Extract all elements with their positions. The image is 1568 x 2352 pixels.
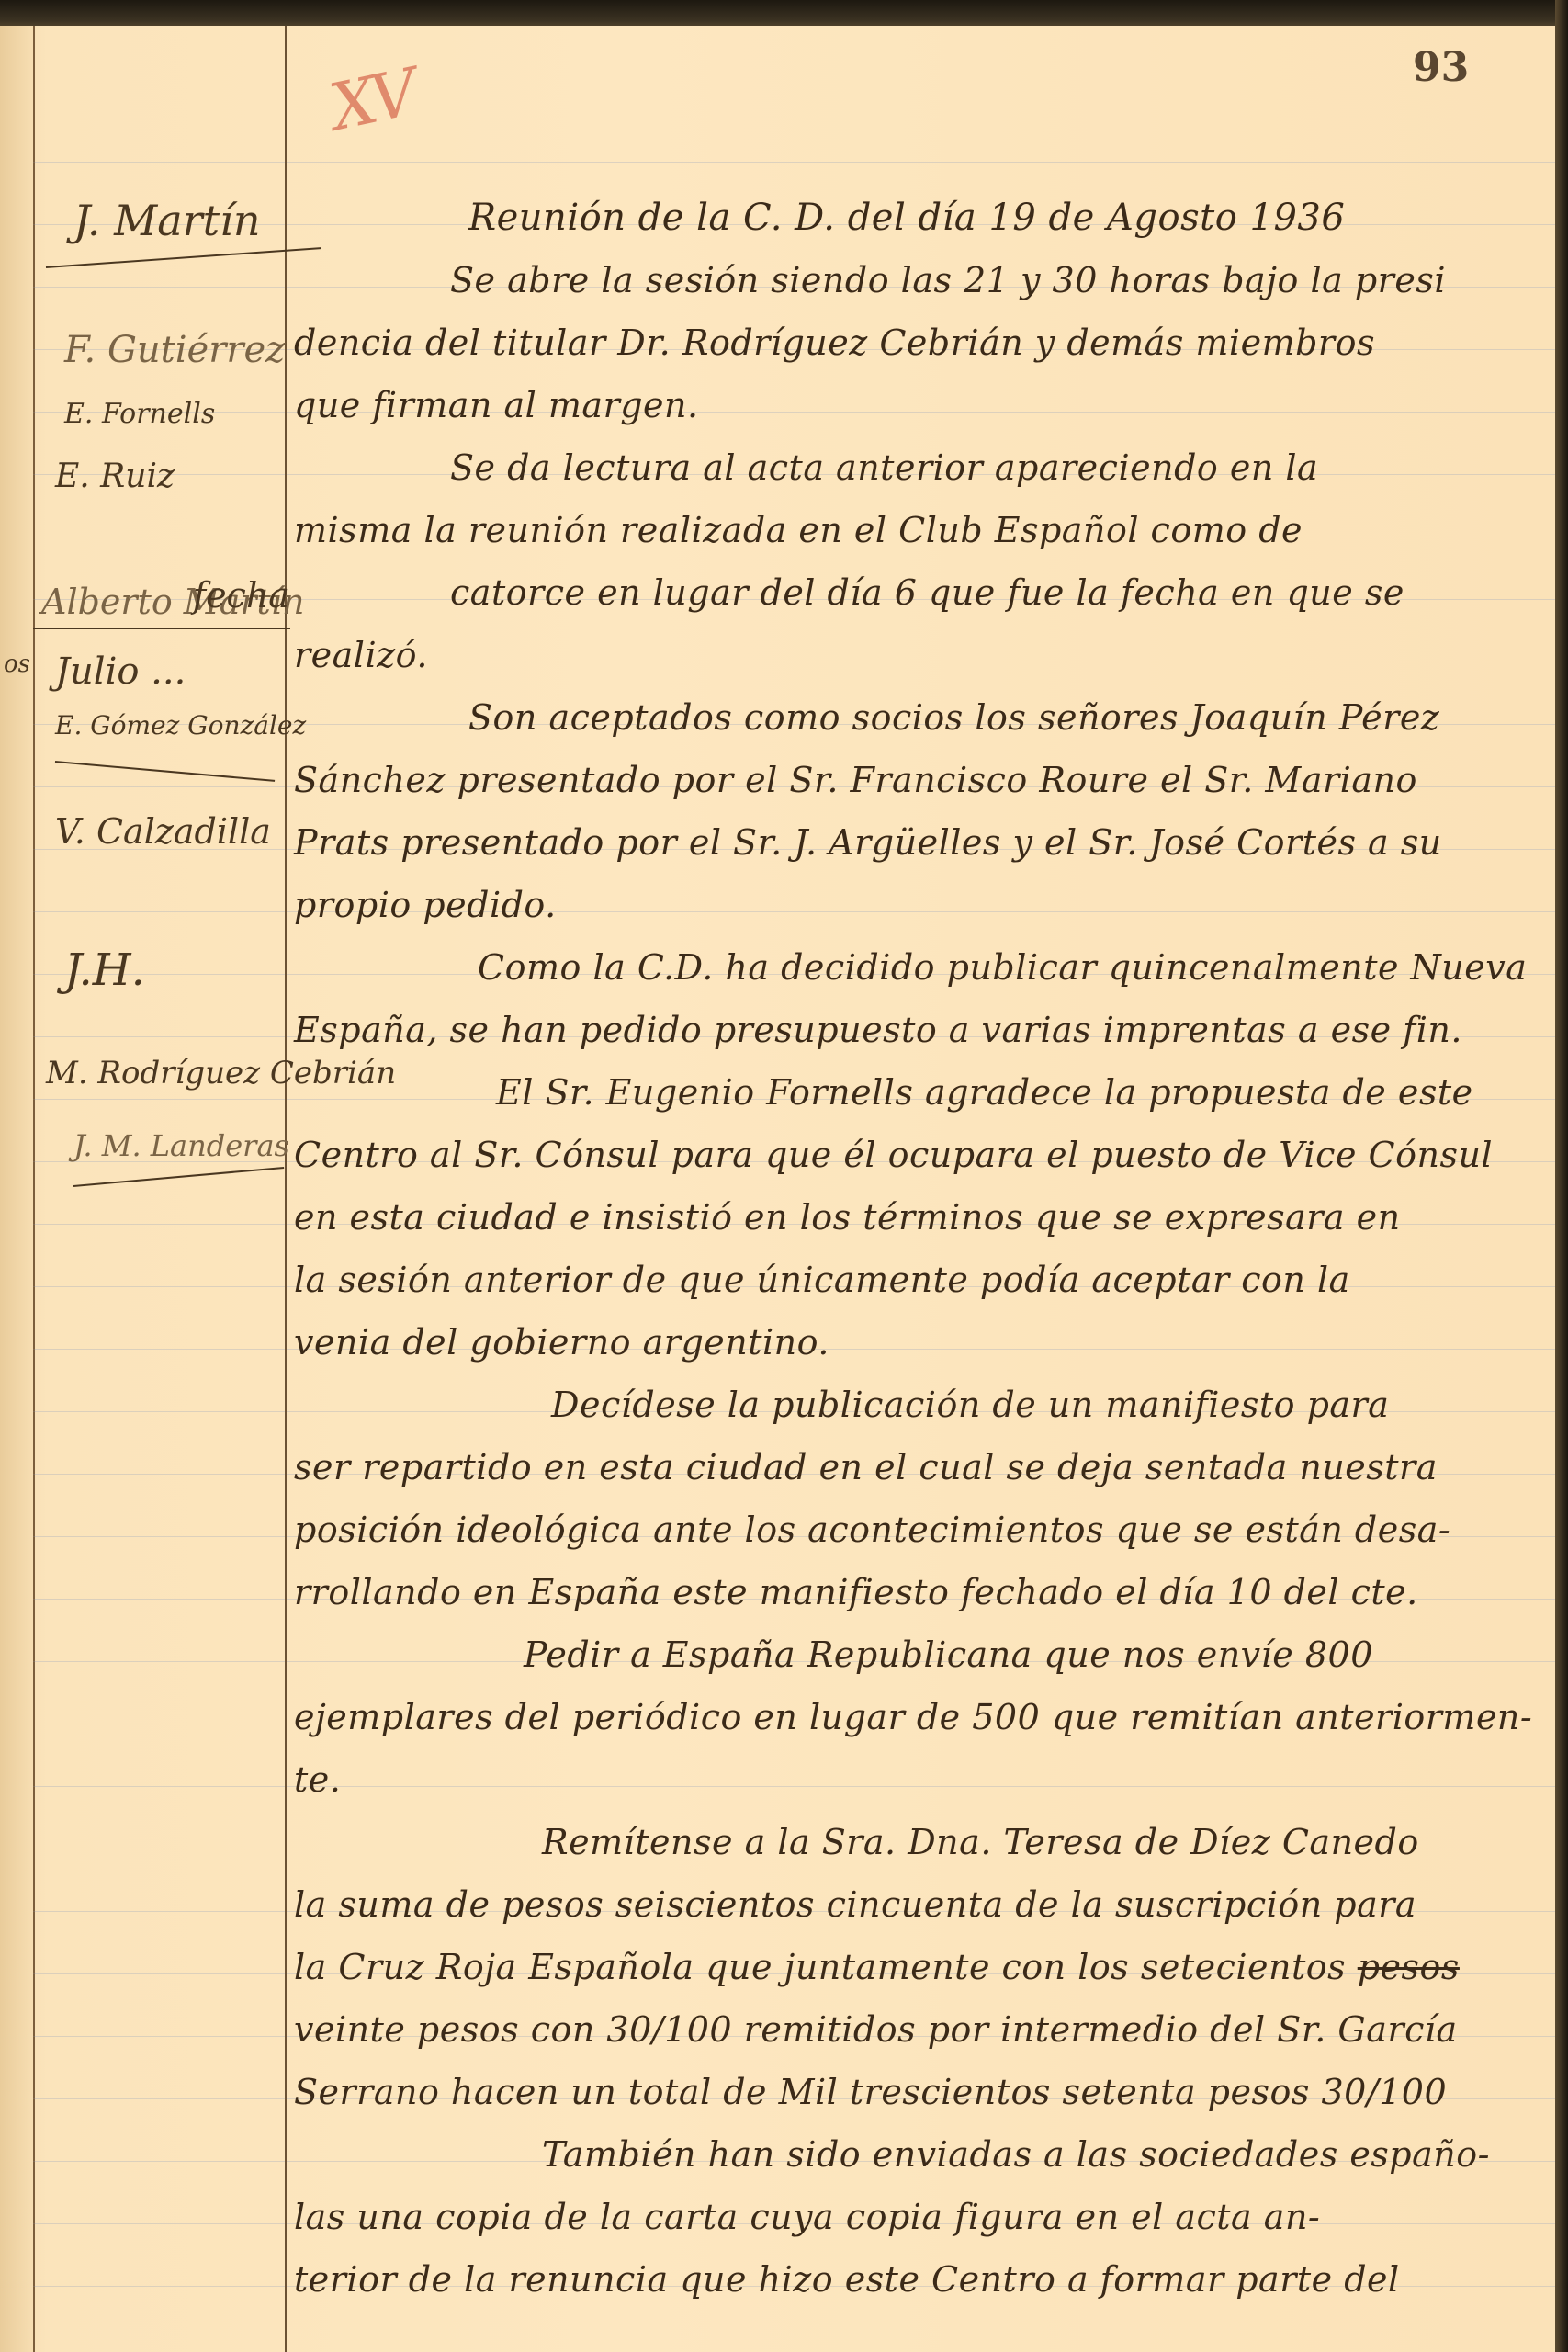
facing-page-text-fragment: os	[4, 650, 30, 678]
signature: J. Martín	[73, 196, 260, 245]
ruled-line	[33, 661, 1555, 662]
margin-line-signatures	[285, 26, 287, 2352]
ruled-line	[33, 1786, 1555, 1787]
minutes-line: posición ideológica ante los acontecimie…	[294, 1509, 1450, 1551]
minutes-line: las una copia de la carta cuya copia fig…	[294, 2196, 1320, 2238]
minutes-line: Sánchez presentado por el Sr. Francisco …	[294, 759, 1417, 801]
facing-page-edge	[0, 26, 35, 2352]
minutes-line: catorce en lugar del día 6 que fue la fe…	[450, 571, 1404, 614]
minutes-line: Prats presentado por el Sr. J. Argüelles…	[294, 821, 1442, 864]
minutes-line: propio pedido.	[294, 884, 557, 926]
book-binding-right	[1555, 0, 1568, 2352]
minutes-line: misma la reunión realizada en el Club Es…	[294, 509, 1303, 551]
minutes-line: Como la C.D. ha decidido publicar quince…	[478, 946, 1527, 989]
minutes-title: Reunión de la C. D. del día 19 de Agosto…	[468, 197, 1345, 239]
minutes-line: Serrano hacen un total de Mil tresciento…	[294, 2071, 1447, 2113]
signature-flourish	[73, 1167, 284, 1187]
minutes-line: terior de la renuncia que hizo este Cent…	[294, 2258, 1400, 2301]
signature: F. Gutiérrez	[64, 329, 285, 371]
minutes-line: te.	[294, 1758, 341, 1801]
minutes-line: la Cruz Roja Española que juntamente con…	[294, 1946, 1460, 1988]
signature-flourish	[55, 761, 275, 782]
minutes-line: que firman al margen.	[294, 384, 699, 426]
signature: M. Rodríguez Cebrián	[46, 1055, 396, 1091]
signature: Julio ...	[55, 650, 186, 693]
margin-line-left	[33, 26, 35, 2352]
minutes-line: la suma de pesos seiscientos cincuenta d…	[294, 1883, 1416, 1926]
minutes-line: Pedir a España Republicana que nos envíe…	[524, 1634, 1373, 1676]
minutes-line: dencia del titular Dr. Rodríguez Cebrián…	[294, 322, 1375, 364]
signature: J. M. Landeras	[73, 1128, 289, 1163]
minutes-line: España, se han pedido presupuesto a vari…	[294, 1009, 1462, 1051]
minutes-line: Centro al Sr. Cónsul para que él ocupara…	[294, 1134, 1493, 1176]
signature: E. Ruiz	[55, 458, 175, 495]
signature: V. Calzadilla	[55, 811, 271, 852]
page-number: 93	[1413, 44, 1469, 91]
signature: E. Gómez González	[55, 710, 306, 741]
minutes-line: Decídese la publicación de un manifiesto…	[551, 1384, 1389, 1426]
signature: E. Fornells	[64, 398, 215, 430]
minutes-line: También han sido enviadas a las sociedad…	[542, 2133, 1490, 2176]
minutes-line: El Sr. Eugenio Fornells agradece la prop…	[496, 1071, 1473, 1114]
minutes-line: veinte pesos con 30/100 remitidos por in…	[294, 2008, 1458, 2051]
minutes-line: Son aceptados como socios los señores Jo…	[468, 696, 1439, 739]
minutes-line: en esta ciudad e insistió en los término…	[294, 1196, 1401, 1238]
minutes-line: la sesión anterior de que únicamente pod…	[294, 1259, 1350, 1301]
minutes-line-text: la Cruz Roja Española que juntamente con…	[294, 1947, 1346, 1987]
ruled-line	[33, 412, 1555, 413]
minutes-line: Se da lectura al acta anterior aparecien…	[450, 447, 1318, 489]
signature: J.H.	[64, 944, 145, 996]
ruled-line	[33, 162, 1555, 163]
ruled-line	[33, 911, 1555, 912]
divider-line	[33, 628, 290, 629]
minutes-line: ser repartido en esta ciudad en el cual …	[294, 1446, 1438, 1488]
red-pencil-mark: XV	[323, 55, 419, 146]
signature-flourish	[46, 247, 321, 268]
minutes-line: ejemplares del periódico en lugar de 500…	[294, 1696, 1532, 1738]
minutes-line: Remítense a la Sra. Dna. Teresa de Díez …	[542, 1821, 1419, 1863]
ledger-page: os 93 XV J. Martín F. Gutiérrez E. Forne…	[0, 26, 1555, 2352]
margin-annotation: fecha	[193, 575, 289, 616]
minutes-line: venia del gobierno argentino.	[294, 1321, 829, 1363]
minutes-line: rrollando en España este manifiesto fech…	[294, 1571, 1418, 1613]
struck-word: pesos	[1358, 1947, 1460, 1987]
minutes-line: realizó.	[294, 634, 428, 676]
minutes-line: Se abre la sesión siendo las 21 y 30 hor…	[450, 259, 1446, 301]
